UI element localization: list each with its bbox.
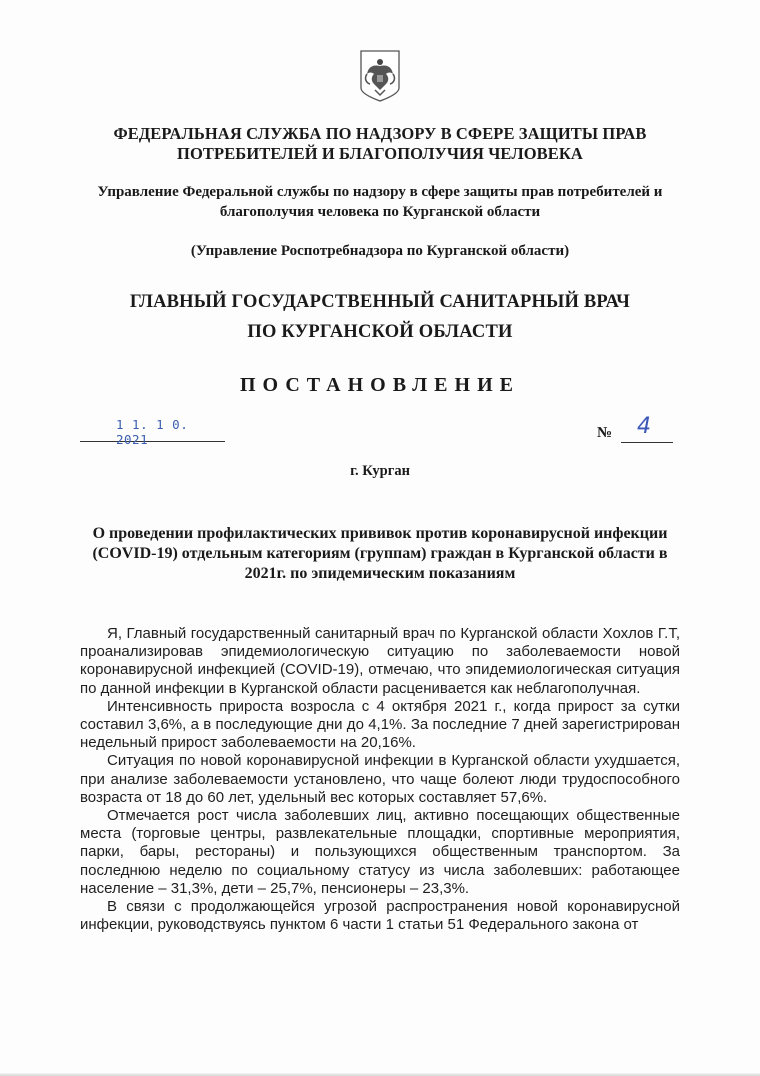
department-short-name: (Управление Роспотребнадзора по Курганск…: [0, 241, 760, 261]
paragraph: Ситуация по новой коронавирусной инфекци…: [80, 752, 680, 807]
paragraph: Отмечается рост числа заболевших лиц, ак…: [80, 807, 680, 898]
paragraph: Интенсивность прироста возросла с 4 октя…: [80, 698, 680, 753]
document-subject: О проведении профилактических прививок п…: [0, 524, 760, 584]
city: г. Курган: [0, 463, 760, 480]
agency-name: ФЕДЕРАЛЬНАЯ СЛУЖБА ПО НАДЗОРУ В СФЕРЕ ЗА…: [0, 124, 760, 164]
number-underline: [621, 442, 673, 443]
paragraph: Я, Главный государственный санитарный вр…: [80, 625, 680, 698]
paragraph: В связи с продолжающейся угрозой распрос…: [80, 898, 680, 934]
official-title: ГЛАВНЫЙ ГОСУДАРСТВЕННЫЙ САНИТАРНЫЙ ВРАЧ …: [0, 287, 760, 347]
department-name: Управление Федеральной службы по надзору…: [0, 182, 760, 222]
date-field: 1 1. 1 0. 2021: [80, 415, 225, 442]
document-type: ПОСТАНОВЛЕНИЕ: [0, 374, 760, 397]
coat-of-arms-icon: [357, 48, 403, 104]
number-label: №: [597, 425, 612, 442]
document-page: ФЕДЕРАЛЬНАЯ СЛУЖБА ПО НАДЗОРУ В СФЕРЕ ЗА…: [0, 0, 760, 1076]
document-body: Я, Главный государственный санитарный вр…: [80, 625, 680, 934]
document-number-field: № 4: [597, 420, 677, 444]
date-stamp: 1 1. 1 0. 2021: [116, 417, 225, 447]
number-value: 4: [637, 414, 651, 439]
